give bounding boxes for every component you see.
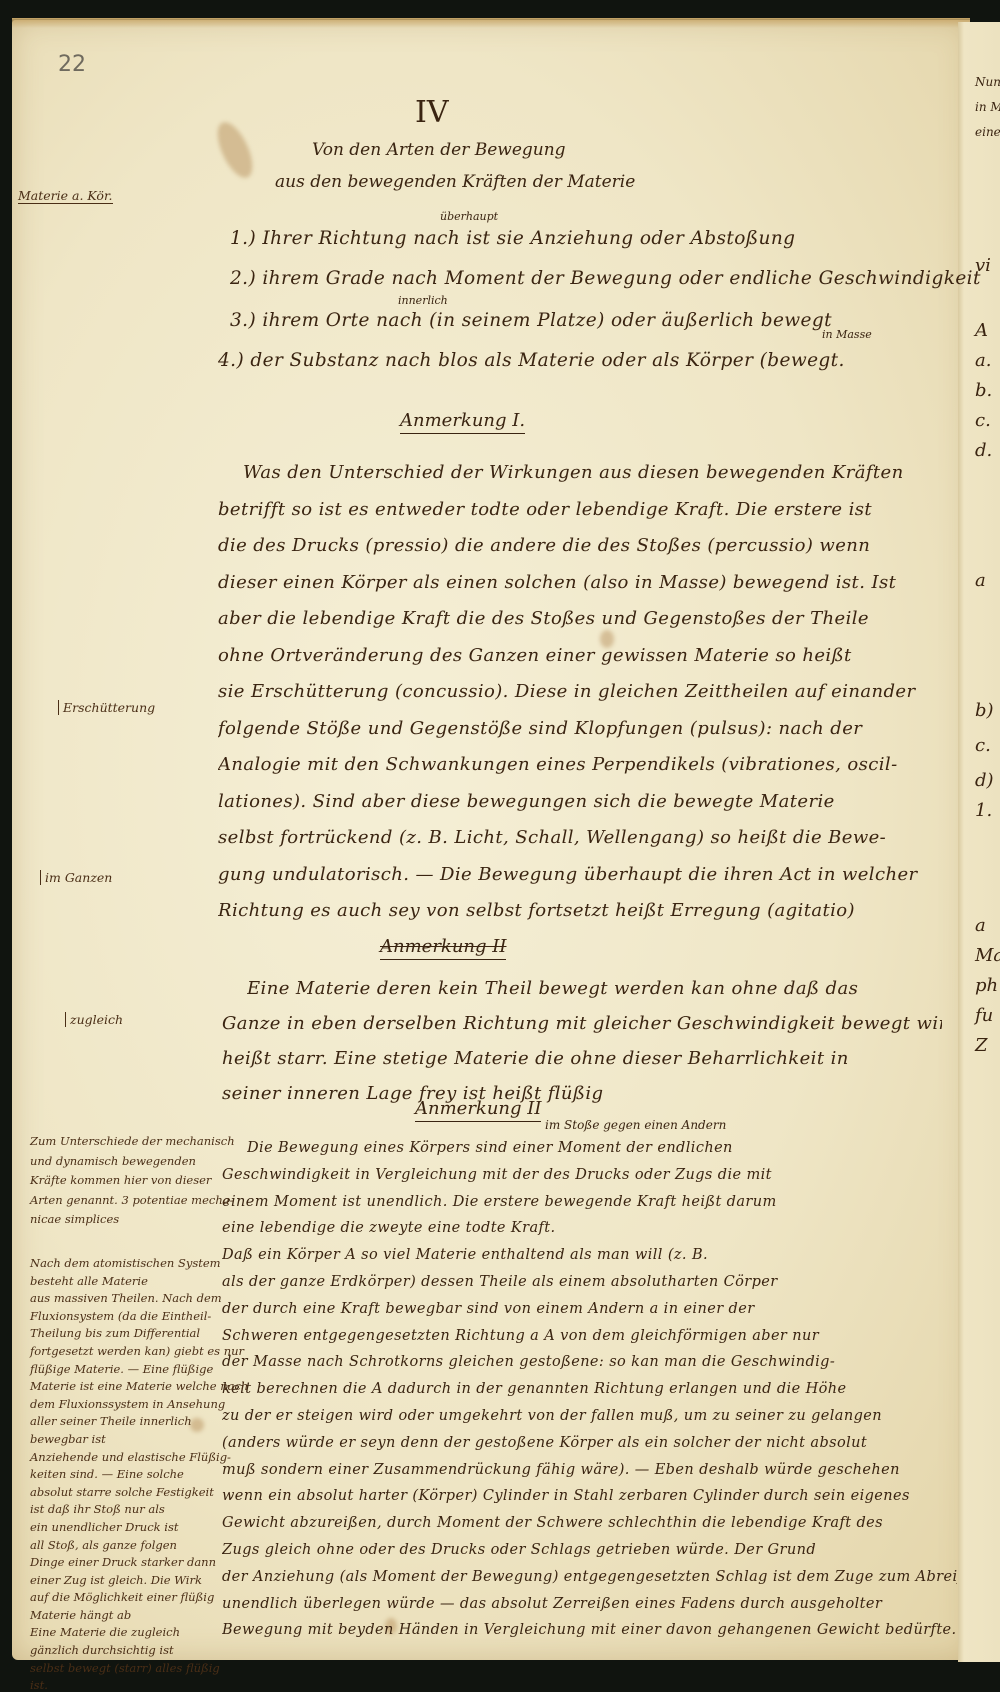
adjacent-page-fragment: fu [975, 1005, 993, 1026]
text-line: eine lebendige die zweyte eine todte Kra… [222, 1220, 957, 1236]
text-line: dieser einen Körper als einen solchen (a… [218, 572, 938, 593]
text-line: Bewegung mit beyden Händen in Vergleichu… [222, 1622, 957, 1638]
adjacent-page-fragment: 1. [975, 800, 992, 821]
margin-note-line: flüßige Materie. — Eine flüßige [30, 1361, 248, 1379]
adjacent-page-fragment: ph [975, 975, 998, 996]
text-line: betrifft so ist es entweder todte oder l… [218, 499, 938, 520]
margin-note-line: selbst bewegt (starr) alles flüßig [30, 1660, 248, 1678]
page-top-edge [12, 18, 970, 28]
text-line: Geschwindigkeit in Vergleichung mit der … [222, 1167, 957, 1183]
text-line: selbst fortrückend (z. B. Licht, Schall,… [218, 827, 938, 848]
title-line-2: aus den bewegenden Kräften der Materie [275, 172, 635, 192]
title-line-1: Von den Arten der Bewegung [312, 140, 566, 160]
text-line: Daß ein Körper A so viel Materie enthalt… [222, 1247, 957, 1263]
text-line: Richtung es auch sey von selbst fortsetz… [218, 900, 938, 921]
margin-note-top: Materie a. Kör. [18, 188, 113, 204]
item-text: ihrem Grade nach Moment der Bewegung ode… [262, 268, 980, 289]
margin-note-line: Dinge einer Druck starker dann [30, 1554, 248, 1572]
margin-note-line: Zum Unterschiede der mechanisch [30, 1132, 235, 1152]
margin-note-block-2: Nach dem atomistischen Systembesteht all… [30, 1255, 248, 1692]
item-1: 1.) Ihrer Richtung nach ist sie Anziehun… [230, 228, 795, 249]
item-num: 1.) [230, 228, 256, 249]
text-line: wenn ein absolut harter (Körper) Cylinde… [222, 1488, 957, 1504]
text-line: unendlich überlegen würde — das absolut … [222, 1596, 957, 1612]
margin-note-line: keiten sind. — Eine solche [30, 1466, 248, 1484]
margin-note-line: Fluxionsystem (da die Eintheil- [30, 1308, 248, 1326]
adjacent-page-fragment: d) [975, 770, 994, 791]
margin-note-line: ist daß ihr Stoß nur als [30, 1501, 248, 1519]
text-line: einem Moment ist unendlich. Die erstere … [222, 1194, 957, 1210]
item-num: 2.) [230, 268, 256, 289]
item-text: ihrem Orte nach (in seinem Platze) oder … [262, 310, 832, 331]
item-4: 4.) der Substanz nach blos als Materie o… [218, 350, 845, 371]
item-1-superscript: überhaupt [440, 210, 498, 223]
item-4-superscript: in Masse [822, 328, 872, 341]
text-line: Ganze in eben derselben Richtung mit gle… [222, 1013, 942, 1034]
text-line: Eine Materie deren kein Theil bewegt wer… [247, 978, 967, 999]
margin-note-line: dem Fluxionssystem in Ansehung [30, 1396, 248, 1414]
text-line: zu der er steigen wird oder umgekehrt vo… [222, 1408, 957, 1424]
margin-note-im-ganzen: im Ganzen [40, 870, 112, 885]
item-num: 4.) [218, 350, 244, 371]
item-2: 2.) ihrem Grade nach Moment der Bewegung… [230, 268, 981, 289]
adjacent-page-fragment: a [975, 915, 986, 936]
text-line: keit berechnen die A dadurch in der gena… [222, 1381, 957, 1397]
text-line: Gewicht abzureißen, durch Moment der Sch… [222, 1515, 957, 1531]
margin-note-line: aller seiner Theile innerlich [30, 1413, 248, 1431]
adjacent-page-fragment: Z [975, 1035, 988, 1056]
text-line: Schweren entgegengesetzten Richtung a A … [222, 1328, 957, 1344]
margin-note-line: all Stoß, als ganze folgen [30, 1537, 248, 1555]
margin-note-line: absolut starre solche Festigkeit [30, 1484, 248, 1502]
margin-note-line: bewegbar ist [30, 1431, 248, 1449]
adjacent-page-fragment: c. [975, 410, 991, 431]
item-3: 3.) ihrem Orte nach (in seinem Platze) o… [230, 310, 832, 331]
margin-note-erschutterung: Erschütterung [58, 700, 155, 715]
remark-1-heading: Anmerkung I. [400, 410, 525, 434]
text-line: heißt starr. Eine stetige Materie die oh… [222, 1048, 942, 1069]
margin-note-line: einer Zug ist gleich. Die Wirk [30, 1572, 248, 1590]
margin-note-line: aus massiven Theilen. Nach dem [30, 1290, 248, 1308]
text-line: Zugs gleich ohne oder des Drucks oder Sc… [222, 1542, 957, 1558]
adjacent-page-fragment: Ma [975, 945, 1000, 966]
text-line: Die Bewegung eines Körpers sind einer Mo… [247, 1140, 982, 1156]
margin-note-line: Materie ist eine Materie welche nach [30, 1378, 248, 1396]
adjacent-page-fragment: a. [975, 350, 991, 371]
text-line: ohne Ortveränderung des Ganzen einer gew… [218, 645, 938, 666]
text-line: sie Erschütterung (concussio). Diese in … [218, 681, 938, 702]
margin-note-line: auf die Möglichkeit einer flüßig [30, 1589, 248, 1607]
margin-note-line: Anziehende und elastische Flüßig- [30, 1449, 248, 1467]
text-line: der Anziehung (als Moment der Bewegung) … [222, 1569, 957, 1585]
margin-note-line: Materie hängt ab [30, 1607, 248, 1625]
text-line: muß sondern einer Zusammendrückung fähig… [222, 1462, 957, 1478]
margin-note-line: fortgesetzt werden kan) giebt es nur [30, 1343, 248, 1361]
margin-note-line: ein unendlicher Druck ist [30, 1519, 248, 1537]
margin-note-line: nicae simplices [30, 1210, 235, 1230]
page-number: 22 [58, 52, 86, 77]
adjacent-page-fragment: in M [975, 100, 1000, 114]
item-text: der Substanz nach blos als Materie oder … [250, 350, 844, 371]
margin-note-line: Arten genannt. 3 potentiae mecha- [30, 1191, 235, 1211]
section-numeral: IV [415, 95, 449, 130]
adjacent-page-fragment: b. [975, 380, 992, 401]
adjacent-page-fragment: einem [975, 125, 1000, 139]
remark-2-insertion: im Stoße gegen einen Andern [545, 1118, 726, 1132]
text-line: der Masse nach Schrotkorns gleichen gest… [222, 1354, 957, 1370]
adjacent-page-fragment: a [975, 570, 986, 591]
text-line: Analogie mit den Schwankungen eines Perp… [218, 754, 938, 775]
margin-note-line: gänzlich durchsichtig ist [30, 1642, 248, 1660]
adjacent-page-fragment: vi [975, 255, 991, 276]
struck-heading: Anmerkung II [380, 936, 506, 960]
adjacent-page-fragment: c. [975, 735, 991, 756]
adjacent-page-fragment: Nun [975, 75, 1000, 89]
text-line: seiner inneren Lage frey ist heißt flüßi… [222, 1083, 942, 1104]
text-line: aber die lebendige Kraft die des Stoßes … [218, 608, 938, 629]
margin-note-block-1: Zum Unterschiede der mechanischund dynam… [30, 1132, 235, 1230]
adjacent-page-fragment: A [975, 320, 988, 341]
text-line: (anders würde er seyn denn der gestoßene… [222, 1435, 957, 1451]
margin-note-line: ist. [30, 1677, 248, 1692]
text-line: gung undulatorisch. — Die Bewegung überh… [218, 864, 938, 885]
margin-note-zugleich: zugleich [65, 1012, 123, 1027]
margin-note-line: Eine Materie die zugleich [30, 1624, 248, 1642]
text-line: die des Drucks (pressio) die andere die … [218, 535, 938, 556]
item-text: Ihrer Richtung nach ist sie Anziehung od… [262, 228, 795, 249]
margin-note-line: besteht alle Materie [30, 1273, 248, 1291]
margin-note-line: und dynamisch bewegenden [30, 1152, 235, 1172]
text-line: lationes). Sind aber diese bewegungen si… [218, 791, 938, 812]
margin-note-line: Kräfte kommen hier von dieser [30, 1171, 235, 1191]
item-3-superscript: innerlich [398, 294, 448, 307]
text-line: der durch eine Kraft bewegbar sind von e… [222, 1301, 957, 1317]
margin-note-line: Nach dem atomistischen System [30, 1255, 248, 1273]
item-num: 3.) [230, 310, 256, 331]
remark-2-heading: Anmerkung II [415, 1098, 541, 1122]
text-line: folgende Stöße und Gegenstöße sind Klopf… [218, 718, 938, 739]
adjacent-page-fragment: b) [975, 700, 994, 721]
adjacent-page-fragment: d. [975, 440, 992, 461]
text-line: Was den Unterschied der Wirkungen aus di… [243, 462, 963, 483]
text-line: als der ganze Erdkörper) dessen Theile a… [222, 1274, 957, 1290]
margin-note-line: Theilung bis zum Differential [30, 1325, 248, 1343]
